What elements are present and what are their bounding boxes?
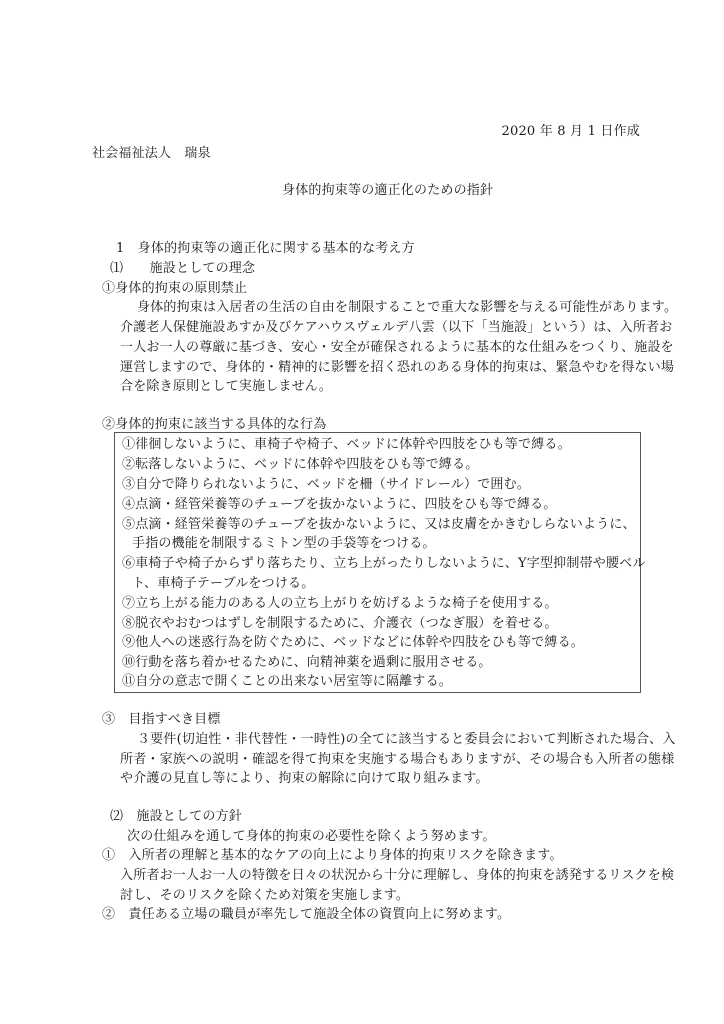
restraint-act-item-continued: ト、車椅子テーブルをつける。 [132,575,314,593]
paragraph-line: 運営しますので、身体的・精神的に影響を招く恐れのある身体的拘束は、緊急やむを得な… [120,359,674,377]
restraint-act-item: ③自分で降りられないように、ベッドを柵（サイドレール）で囲む。 [122,476,530,494]
restraint-act-item: ⑧脱衣やおむつはずしを制限するために、介護衣（つなぎ服）を着せる。 [122,615,558,633]
paragraph-line: 所者・家族への説明・確認を得て拘束を実施する場合もありますが、その場合も入所者の… [120,751,674,769]
restraint-act-item: ⑥車椅子や椅子からずり落ちたり、立ち上がったりしないように、Y字型抑制帯や腰ベル [122,555,646,573]
subsection-2-heading: ⑵ 施設としての方針 [110,808,242,826]
restraint-act-item: ⑨他人への迷惑行為を防ぐために、ベッドなどに体幹や四肢をひも等で縛る。 [122,634,584,652]
organization-name: 社会福祉法人 瑞泉 [92,145,211,163]
restraint-act-item: ④点滴・経管栄養等のチューブを抜かないように、四肢をひも等で縛る。 [122,496,557,514]
paragraph-line: ３要件(切迫性・非代替性・一時性)の全てに該当すると委員会において判断された場合… [137,731,676,749]
paragraph-line: 介護老人保健施設あすか及びケアハウスヴェルデ八雲（以下「当施設」という）は、入所… [120,319,672,337]
section-1-heading: 1 身体的拘束等の適正化に関する基本的な考え方 [116,240,415,258]
policy-item-1-heading: ① 入所者の理解と基本的なケアの向上により身体的拘束リスクを除きます。 [102,847,563,865]
restraint-act-item: ⑪自分の意志で開くことの出来ない居室等に隔離する。 [122,673,452,691]
paragraph-line: 身体的拘束は入居者の生活の自由を制限することで重大な影響を与える可能性があります… [137,299,677,317]
creation-date: 2020 年 8 月 1 日作成 [360,123,640,141]
restraint-act-item: ①徘徊しないように、車椅子や椅子、ベッドに体幹や四肢をひも等で縛る。 [122,436,571,454]
paragraph-line: 入所者お一人お一人の特徴を日々の状況から十分に理解し、身体的拘束を誘発するリスク… [120,867,674,885]
item-3-heading: ③ 目指すべき目標 [102,711,221,729]
restraint-act-item: ⑦立ち上がる能力のある人の立ち上がりを妨げるような椅子を使用する。 [122,595,558,613]
document-title: 身体的拘束等の適正化のための指針 [282,182,493,200]
subsection-2-intro: 次の仕組みを通して身体的拘束の必要性を除くよう努めます。 [127,828,496,846]
item-1-heading: ①身体的拘束の原則禁止 [102,280,247,298]
paragraph-line: や介護の見直し等により、拘束の解除に向けて取り組みます。 [120,770,489,788]
paragraph-line: 合を除き原則として実施しません。 [120,378,332,396]
restraint-act-item-continued: 手指の機能を制限するミトン型の手袋等をつける。 [132,535,436,553]
restraint-act-item: ⑩行動を落ち着かせるために、向精神薬を過剰に服用させる。 [122,654,492,672]
restraint-act-item: ⑤点滴・経管栄養等のチューブを抜かないように、又は皮膚をかきむしらないように、 [122,516,636,534]
policy-item-2-heading: ② 責任ある立場の職員が率先して施設全体の資質向上に努めます。 [102,906,510,924]
subsection-1-heading: ⑴ 施設としての理念 [110,260,255,278]
restraint-act-item: ②転落しないように、ベッドに体幹や四肢をひも等で縛る。 [122,456,478,474]
paragraph-line: 討し、そのリスクを除くため対策を実施します。 [120,887,409,905]
paragraph-line: 一人お一人の尊厳に基づき、安心・安全が確保されるように基本的な仕組みをつくり、施… [120,339,674,357]
